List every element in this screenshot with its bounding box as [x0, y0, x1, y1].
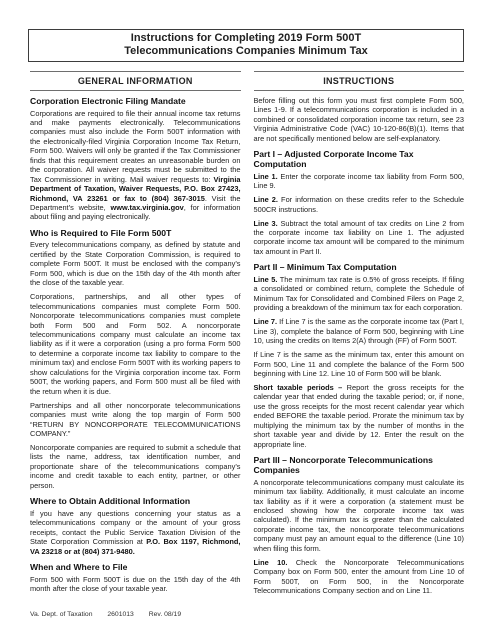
- form-footer: Va. Dept. of Taxation 2601013 Rev. 08/19: [30, 611, 194, 618]
- paragraph: Form 500 with Form 500T is due on the 15…: [30, 575, 241, 594]
- bold-text-run: Line 5.: [254, 275, 278, 284]
- bold-text-run: Short taxable periods –: [254, 383, 343, 392]
- text-run: Corporations, partnerships, and all othe…: [30, 292, 241, 396]
- document-title-box: Instructions for Completing 2019 Form 50…: [28, 29, 464, 62]
- text-run: The minimum tax rate is 0.5% of gross re…: [254, 275, 465, 312]
- text-run: A noncorporate telecommunications compan…: [254, 478, 465, 553]
- paragraph: Corporations are required to file their …: [30, 109, 241, 222]
- bold-text-run: Line 3.: [254, 219, 278, 228]
- paragraph: Line 7. If Line 7 is the same as the cor…: [254, 317, 465, 345]
- two-column-layout: GENERAL INFORMATION Corporation Electron…: [30, 71, 464, 600]
- paragraph: Line 3. Subtract the total amount of tax…: [254, 219, 465, 257]
- section-heading: Part I – Adjusted Corporate Income Tax C…: [254, 149, 465, 169]
- paragraph: Before filling out this form you must fi…: [254, 96, 465, 143]
- section-heading: Part II – Minimum Tax Computation: [254, 262, 465, 272]
- text-run: Corporations are required to file their …: [30, 109, 241, 184]
- paragraph: Line 1. Enter the corporate income tax l…: [254, 172, 465, 191]
- text-run: Noncorporate companies are required to s…: [30, 443, 241, 490]
- column-body-instructions: Before filling out this form you must fi…: [254, 91, 465, 596]
- paragraph: Line 10. Check the Noncorporate Telecomm…: [254, 558, 465, 596]
- column-header-general-information: GENERAL INFORMATION: [30, 71, 241, 91]
- bold-text-run: Line 7.: [254, 317, 278, 326]
- text-run: Report the gross receipts for the calend…: [254, 383, 465, 449]
- column-header-instructions: INSTRUCTIONS: [254, 71, 465, 91]
- bold-text-run: Line 10.: [254, 558, 288, 567]
- text-run: For information on these credits refer t…: [254, 195, 464, 213]
- text-run: Enter the corporate income tax liability…: [254, 172, 465, 190]
- section-heading: Who is Required to File Form 500T: [30, 228, 241, 238]
- paragraph: Corporations, partnerships, and all othe…: [30, 292, 241, 396]
- bold-text-run: Line 2.: [254, 195, 278, 204]
- document-title-line-1: Instructions for Completing 2019 Form 50…: [29, 32, 463, 45]
- text-run: Form 500 with Form 500T is due on the 15…: [30, 575, 241, 593]
- text-run: Partnerships and all other noncorporate …: [30, 401, 241, 438]
- paragraph: If you have any questions concerning you…: [30, 509, 241, 556]
- footer-revision-date: Rev. 08/19: [149, 611, 181, 618]
- footer-agency-label: Va. Dept. of Taxation: [30, 611, 92, 618]
- document-title-line-2: Telecommunications Companies Minimum Tax: [29, 45, 463, 58]
- text-run: Before filling out this form you must fi…: [254, 96, 465, 143]
- footer-form-number: 2601013: [107, 611, 133, 618]
- column-general-information: GENERAL INFORMATION Corporation Electron…: [30, 71, 241, 600]
- text-run: If Line 7 is the same as the corporate i…: [254, 317, 465, 345]
- paragraph: Line 5. The minimum tax rate is 0.5% of …: [254, 275, 465, 313]
- section-heading: Part III – Noncorporate Telecommunicatio…: [254, 455, 465, 475]
- column-instructions: INSTRUCTIONS Before filling out this for…: [254, 71, 465, 600]
- paragraph: If Line 7 is the same as the minimum tax…: [254, 350, 465, 378]
- section-heading: Corporation Electronic Filing Mandate: [30, 96, 241, 106]
- paragraph: Partnerships and all other noncorporate …: [30, 401, 241, 439]
- bold-text-run: Line 1.: [254, 172, 278, 181]
- section-heading: When and Where to File: [30, 562, 241, 572]
- paragraph: A noncorporate telecommunications compan…: [254, 478, 465, 554]
- text-run: If Line 7 is the same as the minimum tax…: [254, 350, 465, 378]
- document-page: Instructions for Completing 2019 Form 50…: [0, 0, 494, 640]
- paragraph: Line 2. For information on these credits…: [254, 195, 465, 214]
- column-body-general-information: Corporation Electronic Filing MandateCor…: [30, 91, 241, 593]
- paragraph: Short taxable periods – Report the gross…: [254, 383, 465, 449]
- paragraph: Every telecommunications company, as def…: [30, 240, 241, 287]
- text-run: Every telecommunications company, as def…: [30, 240, 241, 287]
- section-heading: Where to Obtain Additional Information: [30, 496, 241, 506]
- bold-text-run: www.tax.virginia.gov: [110, 203, 183, 212]
- paragraph: Noncorporate companies are required to s…: [30, 443, 241, 490]
- text-run: Subtract the total amount of tax credits…: [254, 219, 465, 256]
